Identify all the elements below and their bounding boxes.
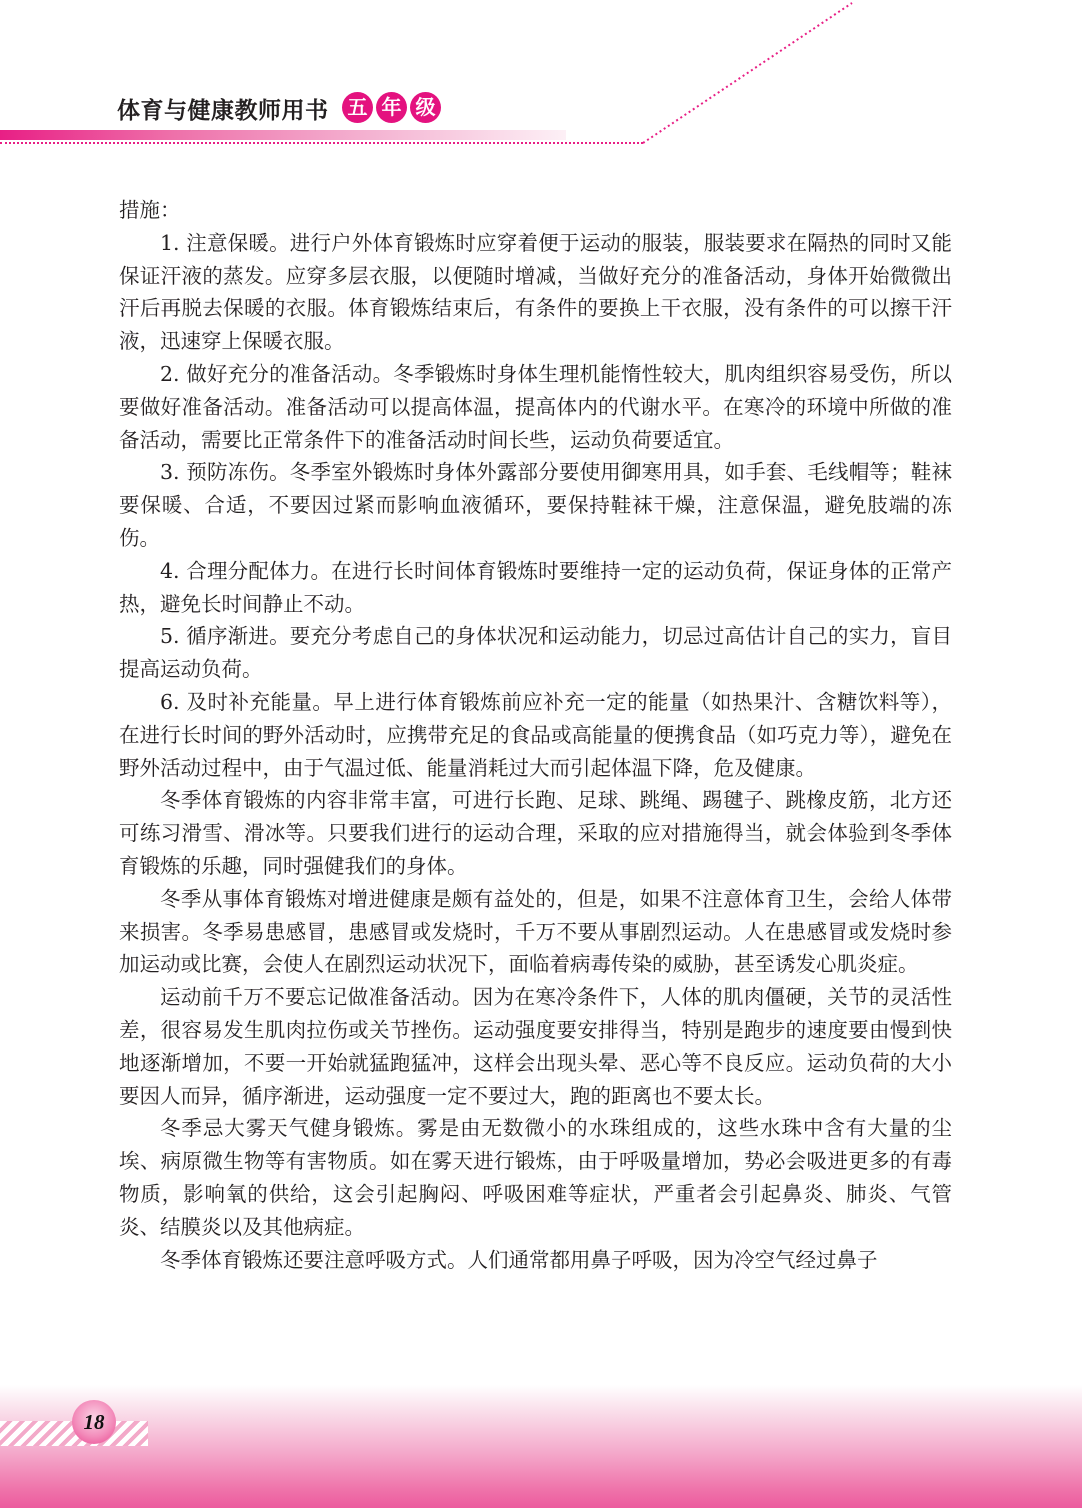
- paragraph: 6. 及时补充能量。早上进行体育锻炼前应补充一定的能量（如热果汁、含糖饮料等），…: [119, 686, 952, 784]
- paragraph: 2. 做好充分的准备活动。冬季锻炼时身体生理机能惰性较大，肌肉组织容易受伤，所以…: [119, 358, 952, 456]
- paragraph: 冬季忌大雾天气健身锻炼。雾是由无数微小的水珠组成的，这些水珠中含有大量的尘埃、病…: [119, 1112, 952, 1243]
- body-text: 措施： 1. 注意保暖。进行户外体育锻炼时应穿着便于运动的服装，服装要求在隔热的…: [119, 194, 952, 1276]
- header-dotted-rule: [0, 142, 643, 144]
- paragraph: 冬季体育锻炼的内容非常丰富，可进行长跑、足球、跳绳、踢毽子、跳橡皮筋，北方还可练…: [119, 784, 952, 882]
- paragraph: 1. 注意保暖。进行户外体育锻炼时应穿着便于运动的服装，服装要求在隔热的同时又能…: [119, 227, 952, 358]
- paragraph: 运动前千万不要忘记做准备活动。因为在寒冷条件下，人体的肌肉僵硬，关节的灵活性差，…: [119, 981, 952, 1112]
- paragraph: 4. 合理分配体力。在进行长时间体育锻炼时要维持一定的运动负荷，保证身体的正常产…: [119, 555, 952, 621]
- grade-badge-char: 年: [376, 92, 407, 123]
- section-heading: 措施：: [119, 194, 952, 227]
- paragraph: 冬季从事体育锻炼对增进健康是颇有益处的，但是，如果不注意体育卫生，会给人体带来损…: [119, 883, 952, 981]
- footer-gradient-band: [0, 1385, 1082, 1508]
- paragraph: 冬季体育锻炼还要注意呼吸方式。人们通常都用鼻子呼吸，因为冷空气经过鼻子: [119, 1244, 952, 1277]
- grade-badge-char: 五: [342, 92, 373, 123]
- header-gradient-bar: [0, 130, 566, 140]
- book-title: 体育与健康教师用书: [117, 92, 329, 125]
- grade-badges: 五 年 级: [342, 92, 441, 123]
- grade-badge-char: 级: [410, 92, 441, 123]
- page-number: 18: [72, 1400, 116, 1444]
- paragraph: 5. 循序渐进。要充分考虑自己的身体状况和运动能力，切忌过高估计自己的实力，盲目…: [119, 620, 952, 686]
- paragraph: 3. 预防冻伤。冬季室外锻炼时身体外露部分要使用御寒用具，如手套、毛线帽等；鞋袜…: [119, 456, 952, 554]
